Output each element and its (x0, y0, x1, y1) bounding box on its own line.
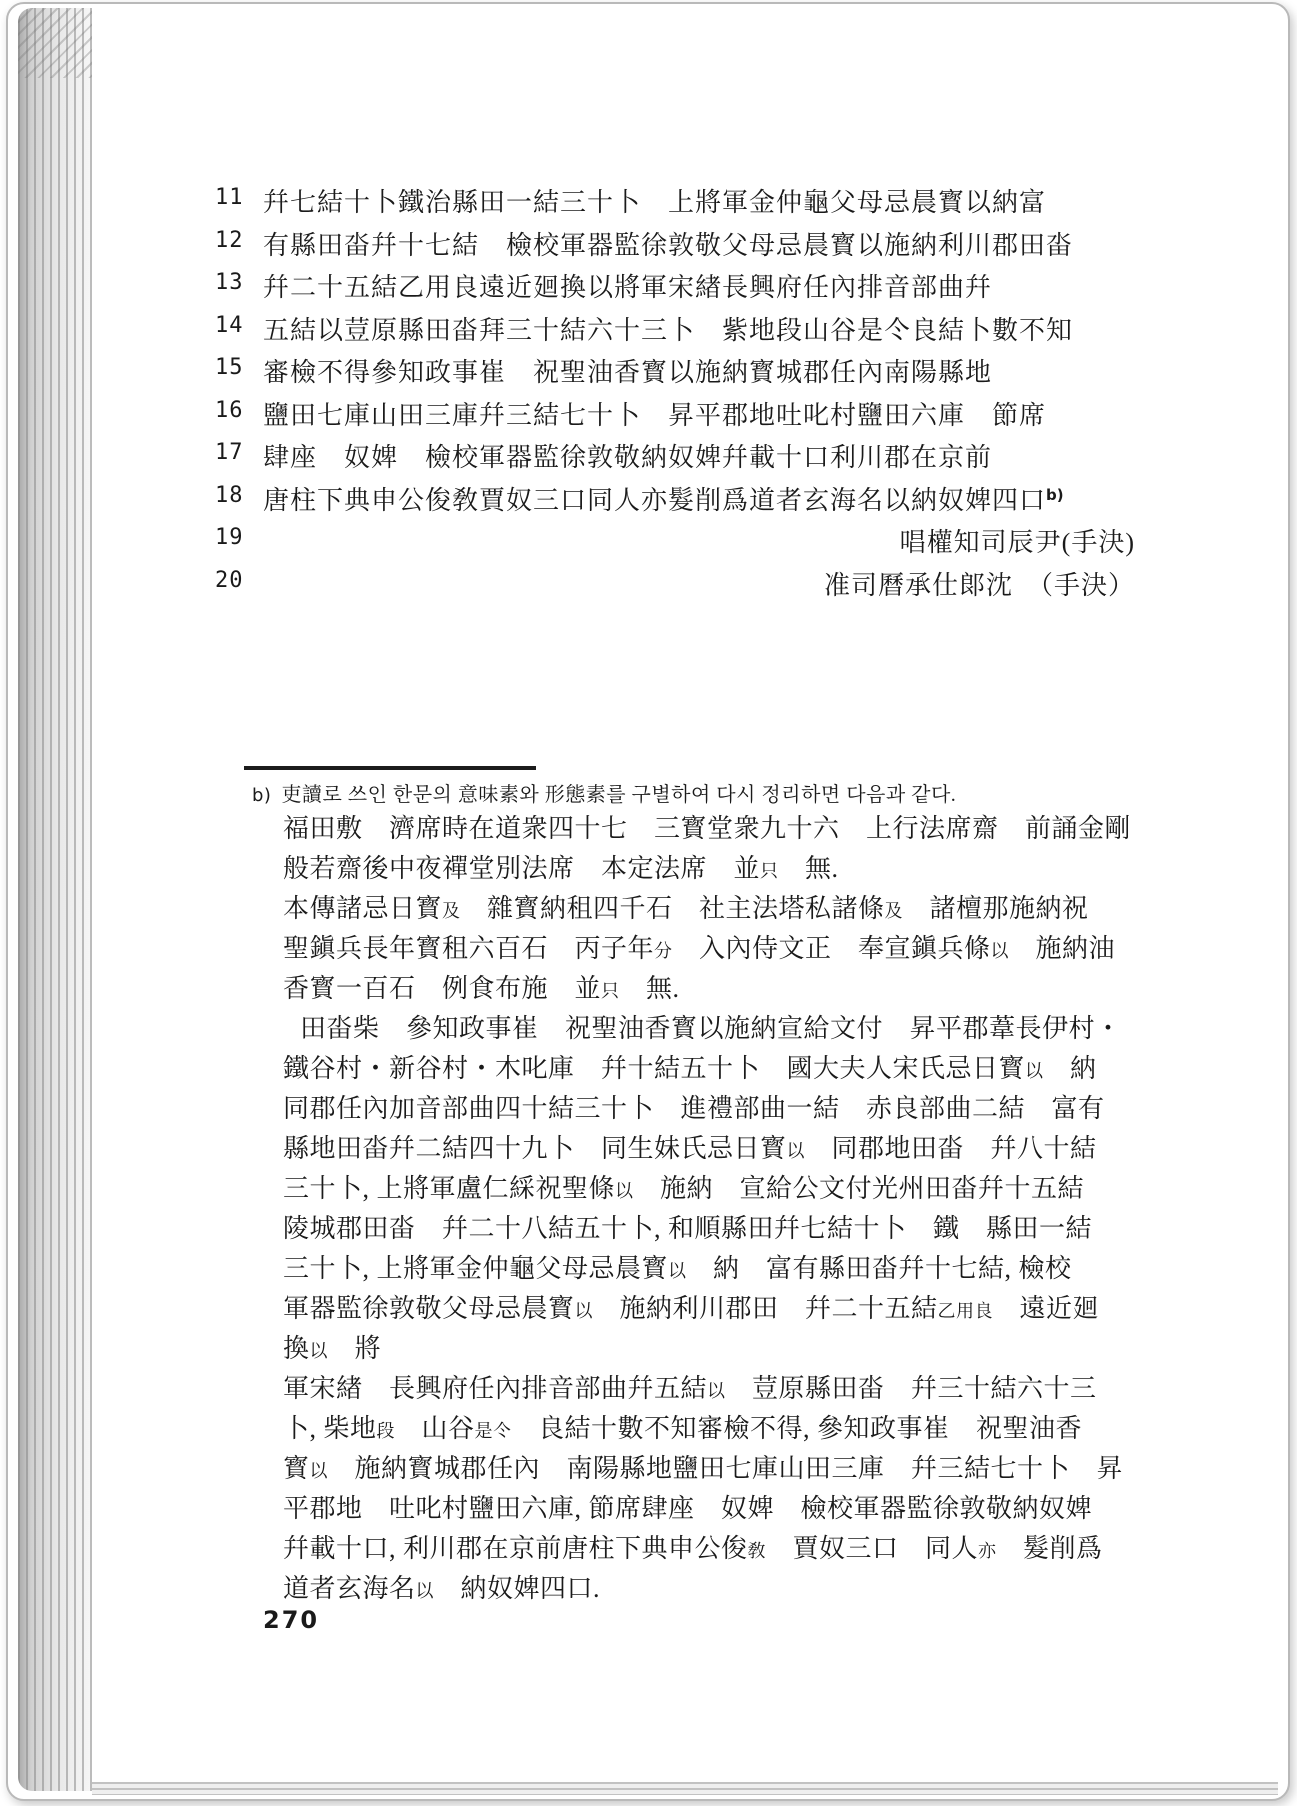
idu-marker-small-text: 以 (707, 1381, 726, 1401)
footnote-line: 道者玄海名以 納奴婢四口. (283, 1568, 1131, 1608)
line-row: 15審檢不得參知政事崔 祝聖油香寳以施納寳城郡任內南陽縣地 (215, 352, 1135, 395)
footnote-line-text: 陵城郡田畓 幷二十八結五十卜, 和順縣田幷七結十卜 鐵 縣田一結 (283, 1214, 1092, 1243)
footnote-line: 卜, 柴地段 山谷是仒 良結十數不知審檢不得, 參知政事崔 祝聖油香 (283, 1408, 1131, 1448)
footnote-intro-line: b)吏讀로 쓰인 한문의 意味素와 形態素를 구별하여 다시 정리하면 다음과 … (252, 778, 956, 807)
idu-marker-small-text: 以 (310, 1461, 329, 1481)
footnote-line-text: 施納利川郡田 幷二十五結 (593, 1294, 938, 1323)
line-text: 幷二十五結乙用良遠近廻換以將軍宋緖長興府任內排音部曲幷 (263, 267, 1135, 304)
idu-marker-small-text: 以 (668, 1261, 687, 1281)
footnote-line: 縣地田畓幷二結四十九卜 同生妹氏忌日寳以 同郡地田畓 幷八十結 (283, 1128, 1131, 1168)
footnote-line-text: 卜, 柴地 (283, 1414, 377, 1443)
footnote-line-text: 納 富有縣田畓幷十七結, 檢校 (687, 1254, 1072, 1283)
footnote-line-text: 無. (779, 854, 839, 883)
footnote-line: 本傳諸忌日寳及 雜寳納租四千石 社主法塔私諸條及 諸檀那施納祝 (283, 888, 1131, 928)
footnote-line-text: 將 (328, 1334, 381, 1363)
line-text: 鹽田七庫山田三庫幷三結七十卜 昇平郡地吐叱村鹽田六庫 節席 (263, 395, 1135, 432)
idu-marker-small-text: 只 (760, 861, 779, 881)
footnote-line-text: 鐵谷村・新谷村・木叱庫 幷十結五十卜 國大夫人宋氏忌日寳 (283, 1054, 1025, 1083)
footnote-separator-rule (244, 766, 536, 770)
footnote-line-text: 遠近廻 (993, 1294, 1099, 1323)
footnote-line-text: 良結十數不知審檢不得, 參知政事崔 祝聖油香 (512, 1414, 1083, 1443)
footnote-line-text: 髮削爲 (997, 1534, 1103, 1563)
footnote-line: 般若齋後中夜禪堂別法席 本定法席 並只 無. (283, 848, 1131, 888)
line-row: 16鹽田七庫山田三庫幷三結七十卜 昇平郡地吐叱村鹽田六庫 節席 (215, 395, 1135, 438)
idu-marker-small-text: 以 (310, 1341, 329, 1361)
footnote-line-text: 納奴婢四口. (434, 1574, 600, 1603)
line-number: 15 (215, 352, 251, 380)
footnote-line-text: 三十卜, 上將軍金仲龜父母忌晨寳 (283, 1254, 668, 1283)
footnote-line-text: 平郡地 吐叱村鹽田六庫, 節席肆座 奴婢 檢校軍器監徐敦敬納奴婢 (283, 1494, 1092, 1523)
idu-marker-small-text: 段 (377, 1421, 396, 1441)
line-text: 幷七結十卜鐵治縣田一結三十卜 上將軍金仲龜父母忌晨寳以納富 (263, 182, 1135, 219)
footnote-line-text: 軍宋緖 長興府任內排音部曲幷五結 (283, 1374, 707, 1403)
page-number: 270 (263, 1606, 319, 1634)
line-number: 19 (215, 522, 251, 550)
line-text: 肆座 奴婢 檢校軍器監徐敦敬納奴婢幷載十口利川郡在京前 (263, 437, 1135, 474)
idu-marker-small-text: 以 (615, 1181, 634, 1201)
footnote-line: 寳以 施納寳城郡任內 南陽縣地鹽田七庫山田三庫 幷三結七十卜 昇 (283, 1448, 1131, 1488)
footnote-line-text: 施納油 (1009, 934, 1115, 963)
footnote-line-text: 軍器監徐敦敬父母忌晨寳 (283, 1294, 575, 1323)
footnote-line-text: 諸檀那施納祝 (903, 894, 1089, 923)
idu-marker-small-text: 只 (601, 981, 620, 1001)
line-number: 11 (215, 182, 251, 210)
page-stack-bottom-edge (92, 1782, 1278, 1795)
footnote-line-text: 無. (620, 974, 680, 1003)
line-text: 唱權知司辰尹(手決) (263, 522, 1135, 559)
line-row: 14五結以荳原縣田畓拜三十結六十三卜 紫地段山谷是仒良結卜數不知 (215, 310, 1135, 353)
line-text: 審檢不得參知政事崔 祝聖油香寳以施納寳城郡任內南陽縣地 (263, 352, 1135, 389)
footnote-line-text: 雜寳納租四千石 社主法塔私諸條 (461, 894, 885, 923)
footnote-line-text: 幷載十口, 利川郡在京前唐柱下典申公俊 (283, 1534, 748, 1563)
footnote-line: 軍器監徐敦敬父母忌晨寳以 施納利川郡田 幷二十五結乙用良 遠近廻 (283, 1288, 1131, 1328)
footnote-line-text: 入內侍文正 奉宣鎭兵條 (673, 934, 991, 963)
line-text: 有縣田畓幷十七結 檢校軍器監徐敦敬父母忌晨寳以施納利川郡田畓 (263, 225, 1135, 262)
footnote-line: 換以 將 (283, 1328, 1131, 1368)
line-number: 13 (215, 267, 251, 295)
footnote-line-text: 同郡任內加音部曲四十結三十卜 進禮部曲一結 赤良部曲二結 富有 (283, 1094, 1105, 1123)
line-number: 14 (215, 310, 251, 338)
footnote-line-text: 三十卜, 上將軍盧仁綵祝聖條 (283, 1174, 615, 1203)
idu-marker-small-text: 亦 (978, 1541, 997, 1561)
line-number: 20 (215, 565, 251, 593)
footnote-line: 田畓柴 參知政事崔 祝聖油香寳以施納宣給文付 昇平郡葦長伊村・ (283, 1008, 1131, 1048)
line-row: 17肆座 奴婢 檢校軍器監徐敦敬納奴婢幷載十口利川郡在京前 (215, 437, 1135, 480)
line-number: 12 (215, 225, 251, 253)
line-row: 13幷二十五結乙用良遠近廻換以將軍宋緖長興府任內排音部曲幷 (215, 267, 1135, 310)
idu-marker-small-text: 以 (1025, 1061, 1044, 1081)
footnote-line: 香寳一百石 例食布施 並只 無. (283, 968, 1131, 1008)
footnote-line-text: 施納寳城郡任內 南陽縣地鹽田七庫山田三庫 幷三結七十卜 昇 (328, 1454, 1123, 1483)
line-text: 准司曆承仕郞沈 （手決） (263, 565, 1135, 602)
footnote-line-text: 換 (283, 1334, 310, 1363)
footnote-ref: b) (1046, 486, 1064, 504)
footnote-line-text: 聖鎭兵長年寳租六百石 丙子年 (283, 934, 654, 963)
footnote-line-text: 寳 (283, 1454, 310, 1483)
idu-marker-small-text: 及 (885, 901, 904, 921)
page-stack-left-edge (18, 8, 92, 1791)
line-number: 16 (215, 395, 251, 423)
footnote-line: 聖鎭兵長年寳租六百石 丙子年分 入內侍文正 奉宣鎭兵條以 施納油 (283, 928, 1131, 968)
line-text: 唐柱下典申公俊敎賈奴三口同人亦髮削爲道者玄海名以納奴婢四口b) (263, 480, 1135, 517)
footnote-line-text: 福田敷 濟席時在道衆四十七 三寳堂衆九十六 上行法席齋 前誦金剛 (283, 814, 1131, 843)
idu-marker-small-text: 是仒 (475, 1421, 512, 1441)
line-text: 五結以荳原縣田畓拜三十結六十三卜 紫地段山谷是仒良結卜數不知 (263, 310, 1135, 347)
line-number: 17 (215, 437, 251, 465)
line-number: 18 (215, 480, 251, 508)
footnote-line-text: 田畓柴 參知政事崔 祝聖油香寳以施納宣給文付 昇平郡葦長伊村・ (300, 1014, 1122, 1043)
footnote-line: 鐵谷村・新谷村・木叱庫 幷十結五十卜 國大夫人宋氏忌日寳以 納 (283, 1048, 1131, 1088)
idu-marker-small-text: 乙用良 (938, 1301, 994, 1321)
footnote-line-text: 香寳一百石 例食布施 並 (283, 974, 601, 1003)
footnote-line: 幷載十口, 利川郡在京前唐柱下典申公俊敎 賈奴三口 同人亦 髮削爲 (283, 1528, 1131, 1568)
line-row: 12有縣田畓幷十七結 檢校軍器監徐敦敬父母忌晨寳以施納利川郡田畓 (215, 225, 1135, 268)
idu-marker-small-text: 敎 (748, 1541, 767, 1561)
footnote-line-text: 施納 宣給公文付光州田畓幷十五結 (634, 1174, 1085, 1203)
line-row: 18唐柱下典申公俊敎賈奴三口同人亦髮削爲道者玄海名以納奴婢四口b) (215, 480, 1135, 523)
footnote-line-text: 道者玄海名 (283, 1574, 416, 1603)
footnote-hanmun-block: 福田敷 濟席時在道衆四十七 三寳堂衆九十六 上行法席齋 前誦金剛般若齋後中夜禪堂… (283, 808, 1131, 1608)
numbered-transcription-lines: 11幷七結十卜鐵治縣田一結三十卜 上將軍金仲龜父母忌晨寳以納富12有縣田畓幷十七… (215, 182, 1135, 607)
footnote-line-text: 賈奴三口 同人 (766, 1534, 978, 1563)
idu-marker-small-text: 以 (991, 941, 1010, 961)
footnote-line: 三十卜, 上將軍盧仁綵祝聖條以 施納 宣給公文付光州田畓幷十五結 (283, 1168, 1131, 1208)
footnote-line: 三十卜, 上將軍金仲龜父母忌晨寳以 納 富有縣田畓幷十七結, 檢校 (283, 1248, 1131, 1288)
idu-marker-small-text: 以 (575, 1301, 594, 1321)
footnote-line-text: 同郡地田畓 幷八十結 (805, 1134, 1097, 1163)
footnote-line: 平郡地 吐叱村鹽田六庫, 節席肆座 奴婢 檢校軍器監徐敦敬納奴婢 (283, 1488, 1131, 1528)
line-row: 19唱權知司辰尹(手決) (215, 522, 1135, 565)
footnote-line: 陵城郡田畓 幷二十八結五十卜, 和順縣田幷七結十卜 鐵 縣田一結 (283, 1208, 1131, 1248)
line-row: 11幷七結十卜鐵治縣田一結三十卜 上將軍金仲龜父母忌晨寳以納富 (215, 182, 1135, 225)
idu-marker-small-text: 以 (416, 1581, 435, 1601)
footnote-line: 福田敷 濟席時在道衆四十七 三寳堂衆九十六 上行法席齋 前誦金剛 (283, 808, 1131, 848)
idu-marker-small-text: 及 (442, 901, 461, 921)
footnote-line-text: 荳原縣田畓 幷三十結六十三 (726, 1374, 1097, 1403)
line-row: 20准司曆承仕郞沈 （手決） (215, 565, 1135, 608)
footnote-marker: b) (252, 785, 271, 806)
footnote-line-text: 縣地田畓幷二結四十九卜 同生妹氏忌日寳 (283, 1134, 787, 1163)
footnote-line: 同郡任內加音部曲四十結三十卜 進禮部曲一結 赤良部曲二結 富有 (283, 1088, 1131, 1128)
footnote-intro-text: 吏讀로 쓰인 한문의 意味素와 形態素를 구별하여 다시 정리하면 다음과 같다… (281, 784, 956, 806)
idu-marker-small-text: 以 (787, 1141, 806, 1161)
footnote-line-text: 本傳諸忌日寳 (283, 894, 442, 923)
footnote-line: 軍宋緖 長興府任內排音部曲幷五結以 荳原縣田畓 幷三十結六十三 (283, 1368, 1131, 1408)
footnote-line-text: 般若齋後中夜禪堂別法席 本定法席 並 (283, 854, 760, 883)
idu-marker-small-text: 分 (654, 941, 673, 961)
footnote-line-text: 山谷 (395, 1414, 475, 1443)
footnote-line-text: 納 (1044, 1054, 1097, 1083)
